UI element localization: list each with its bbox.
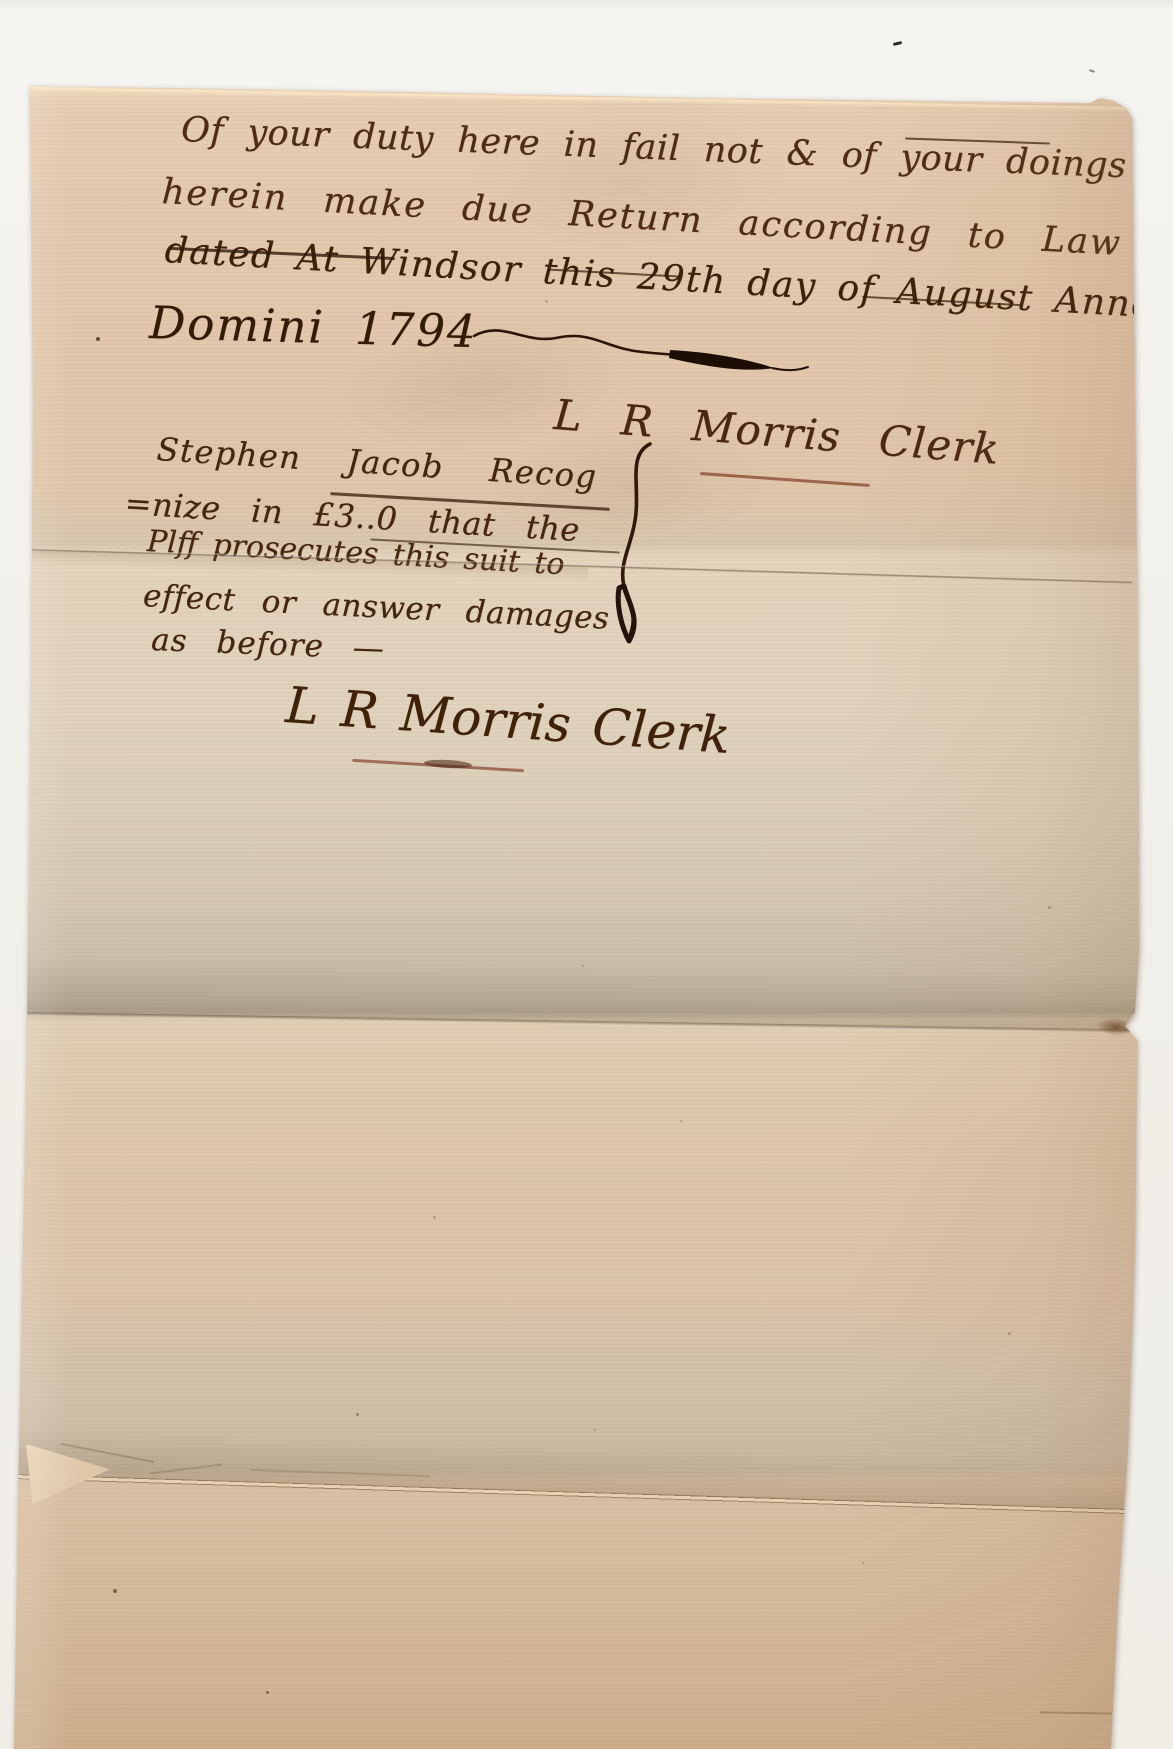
fold-crease: [14, 1474, 1134, 1515]
foxing-speck: [1048, 906, 1051, 909]
marginal-note-line: effect or answer damages: [142, 578, 610, 637]
foxing-speck: [594, 1429, 596, 1431]
crumple-mark: [1040, 1711, 1112, 1714]
manuscript-line: Of your duty here in fail not & of your …: [180, 110, 1127, 186]
clerk-signature-upper: L R Morris Clerk: [552, 390, 1001, 474]
fold-crease-shadow: [21, 956, 1140, 1030]
foxing-speck: [545, 300, 548, 303]
ink-flourish: [472, 318, 817, 378]
paper-sheet-wrapper: Of your duty here in fail not & of your …: [0, 0, 1173, 1749]
ink-blot: [424, 759, 472, 770]
scanned-document-page: { "manuscript": { "body_lines": [ "Of yo…: [0, 0, 1173, 1749]
manuscript-line: Domini 1794: [149, 296, 479, 358]
marginal-note-line: as before —: [151, 622, 386, 667]
marginal-note-line: Stephen Jacob Recog: [156, 430, 599, 496]
ink-bleedthrough: [314, 304, 646, 467]
foxing-speck: [433, 1216, 436, 1219]
foxing-speck: [356, 1413, 359, 1416]
signature-underline: [700, 472, 870, 486]
ink-speck: [113, 1589, 117, 1593]
ink-speck: [96, 337, 100, 341]
foxing-speck: [582, 965, 584, 967]
fold-crease-shadow: [28, 551, 588, 582]
paper-top-edge-highlight: [32, 87, 1128, 112]
manuscript-line: dated At Windsor this 29th day of August…: [164, 230, 1156, 326]
marginal-note-line: Plff prosecutes this suit to: [146, 524, 565, 582]
paper-tear: [1095, 1017, 1136, 1038]
crumple-mark: [250, 1469, 430, 1477]
manuscript-line: herein make due Return according to Law: [161, 172, 1123, 264]
pen-stroke: [862, 296, 1022, 306]
foxing-speck: [680, 1120, 682, 1122]
marginal-note-line: =nize in £3..0 that the: [124, 484, 581, 549]
crumple-mark: [61, 1443, 155, 1463]
scanner-bed-background: Of your duty here in fail not & of your …: [0, 0, 1173, 1749]
fold-crease-shadow: [13, 1428, 1134, 1509]
pen-stroke: [170, 247, 395, 260]
ink-speck: [266, 1691, 269, 1694]
clerk-signature-lower: L R Morris Clerk: [284, 676, 732, 765]
signature-underline: [352, 759, 524, 772]
fold-crease: [22, 1012, 1140, 1034]
ink-bleedthrough: [465, 89, 795, 261]
fold-dog-ear: [26, 1444, 110, 1504]
pen-stroke: [548, 269, 678, 278]
crumple-mark: [150, 1464, 222, 1475]
pen-stroke: [330, 492, 610, 510]
ink-bleedthrough: [485, 408, 775, 562]
pen-stroke: [370, 538, 620, 553]
fold-crease: [28, 548, 1133, 584]
curly-brace-mark: [598, 438, 668, 656]
pen-stroke: [905, 137, 1050, 144]
foxing-speck: [1008, 1332, 1011, 1335]
foxing-speck: [862, 1562, 864, 1564]
manuscript-paper: Of your duty here in fail not & of your …: [0, 0, 1173, 1749]
